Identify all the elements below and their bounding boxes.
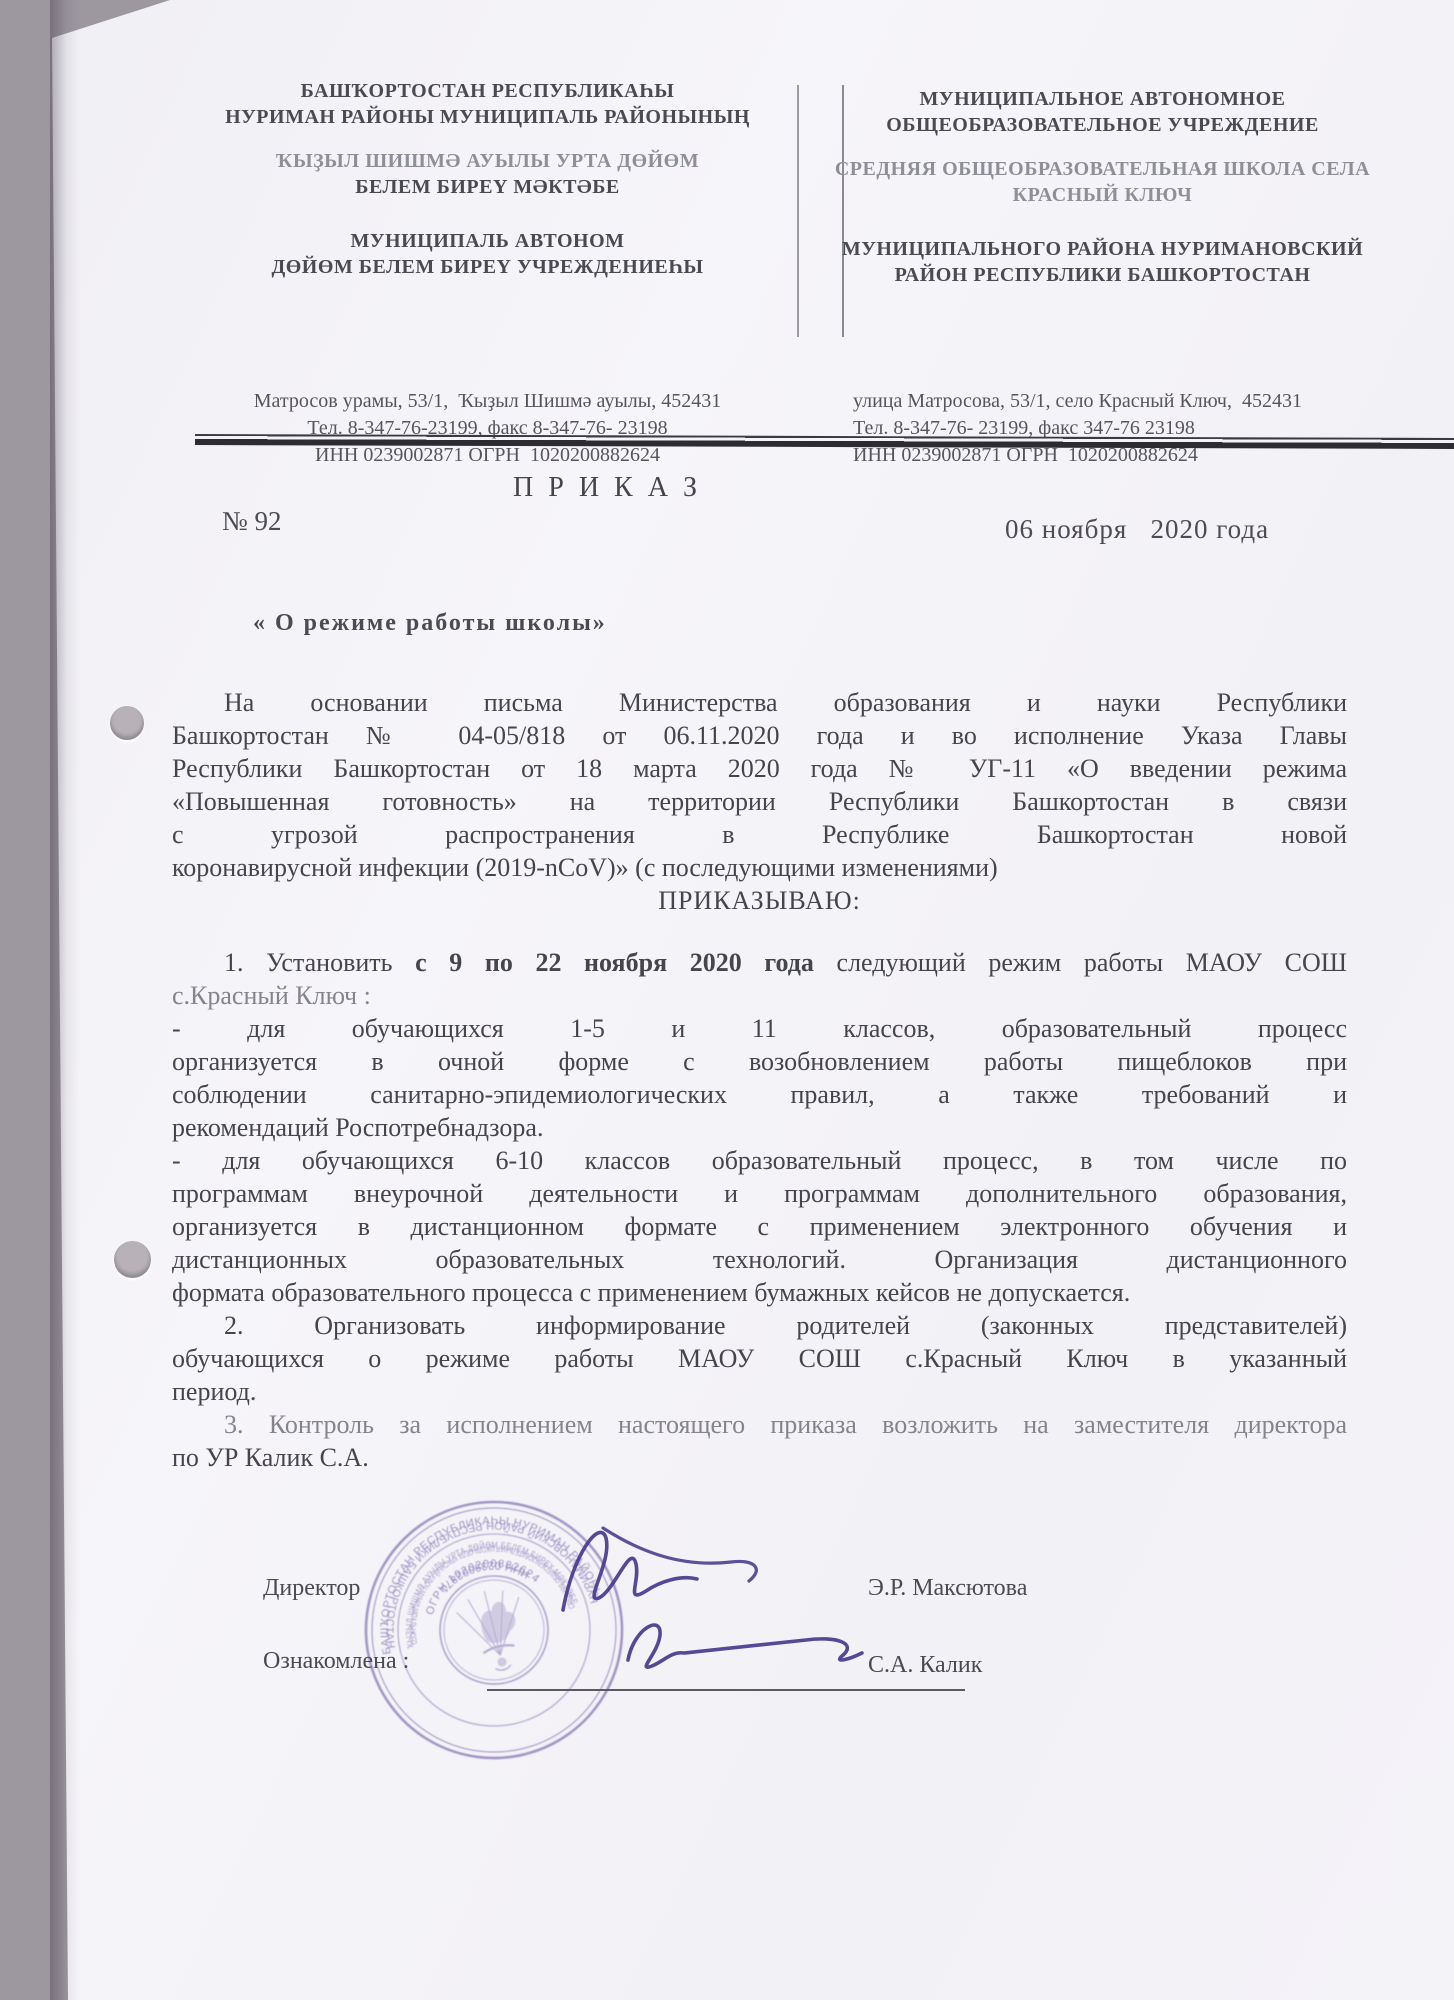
letterhead-line: ОБЩЕОБРАЗОВАТЕЛЬНОЕ УЧРЕЖДЕНИЕ	[825, 112, 1380, 138]
body-line: 3. Контроль за исполнением настоящего пр…	[172, 1408, 1347, 1441]
acknowledged-name: С.А. Калик	[868, 1652, 982, 1679]
body-line: 2. Организовать информирование родителей…	[172, 1309, 1347, 1342]
paper-left-edge-shadow	[50, 0, 80, 2000]
letterhead-line: КРАСНЫЙ КЛЮЧ	[825, 182, 1380, 208]
body-line: дистанционных образовательных технологий…	[172, 1243, 1347, 1276]
order-number: № 92	[222, 506, 282, 537]
body-line: организуется в дистанционном формате с п…	[172, 1210, 1347, 1243]
hole-punch-top	[110, 706, 144, 740]
letterhead-line: РАЙОН РЕСПУБЛИКИ БАШКОРТОСТАН	[825, 262, 1380, 288]
letterhead-line: НУРИМАН РАЙОНЫ МУНИЦИПАЛЬ РАЙОНЫНЫҢ	[225, 104, 750, 130]
address-line: Матросов урамы, 53/1, Ҡыҙыл Шишмә ауылы,…	[225, 388, 750, 415]
body-line: рекомендаций Роспотребнадзора.	[172, 1111, 1347, 1144]
body-line: - для обучающихся 1-5 и 11 классов, обра…	[172, 1012, 1347, 1045]
letterhead-line: БАШҠОРТОСТАН РЕСПУБЛИКАҺЫ	[225, 78, 750, 104]
body-line: обучающихся о режиме работы МАОУ СОШ с.К…	[172, 1342, 1347, 1375]
letterhead-line: ҠЫҘЫЛ ШИШМӘ АУЫЛЫ УРТА ДӨЙӨМ	[225, 148, 750, 174]
body-line: организуется в очной форме с возобновлен…	[172, 1045, 1347, 1078]
letterhead-line: БЕЛЕМ БИРЕҮ МӘКТӘБЕ	[225, 174, 750, 200]
body-line: Республики Башкортостан от 18 марта 2020…	[172, 752, 1347, 785]
order-date: 06 ноября 2020 года	[1005, 514, 1269, 545]
body-line: программам внеурочной деятельности и про…	[172, 1177, 1347, 1210]
body-line: 1. Установить с 9 по 22 ноября 2020 года…	[172, 946, 1347, 979]
letterhead-line: СРЕДНЯЯ ОБЩЕОБРАЗОВАТЕЛЬНАЯ ШКОЛА СЕЛА	[825, 156, 1380, 182]
letterhead-line: ДӨЙӨМ БЕЛЕМ БИРЕҮ УЧРЕЖДЕНИЕҺЫ	[225, 254, 750, 280]
director-label: Директор	[263, 1575, 360, 1602]
body-line: - для обучающихся 6-10 классов образоват…	[172, 1144, 1347, 1177]
body-line: формата образовательного процесса с прим…	[172, 1276, 1347, 1309]
letterhead-line: МУНИЦИПАЛЬ АВТОНОМ	[225, 228, 750, 254]
body-line: коронавирусной инфекции (2019-nCoV)» (с …	[172, 851, 1347, 884]
letterhead-right-russian: МУНИЦИПАЛЬНОЕ АВТОНОМНОЕОБЩЕОБРАЗОВАТЕЛЬ…	[825, 86, 1380, 288]
body-line: «Повышенная готовность» на территории Ре…	[172, 785, 1347, 818]
body-line: соблюдении санитарно-эпидемиологических …	[172, 1078, 1347, 1111]
letterhead-line: МУНИЦИПАЛЬНОГО РАЙОНА НУРИМАНОВСКИЙ	[825, 236, 1380, 262]
order-subject: « О режиме работы школы»	[253, 610, 607, 637]
director-name: Э.Р. Максютова	[868, 1575, 1027, 1602]
body-line: по УР Калик С.А.	[172, 1441, 1347, 1474]
scanned-order-page: БАШҠОРТОСТАН РЕСПУБЛИКАҺЫНУРИМАН РАЙОНЫ …	[0, 0, 1454, 2000]
body-line: На основании письма Министерства образов…	[172, 686, 1347, 719]
acknowledged-label: Ознакомлена :	[263, 1648, 409, 1675]
acknowledged-signature	[600, 1602, 900, 1697]
body-line: с угрозой распространения в Республике Б…	[172, 818, 1347, 851]
signature-line	[487, 1689, 965, 1691]
body-line: ПРИКАЗЫВАЮ:	[172, 884, 1347, 917]
letterhead-left-bashkir: БАШҠОРТОСТАН РЕСПУБЛИКАҺЫНУРИМАН РАЙОНЫ …	[225, 78, 750, 280]
letterhead-line: МУНИЦИПАЛЬНОЕ АВТОНОМНОЕ	[825, 86, 1380, 112]
stamp-coat-of-arms	[453, 1583, 535, 1677]
hole-punch-bottom	[114, 1241, 151, 1278]
body-line: с.Красный Ключ :	[172, 979, 1347, 1012]
body-line: период.	[172, 1375, 1347, 1408]
address-line: улица Матросова, 53/1, село Красный Ключ…	[853, 388, 1373, 415]
order-title: П Р И К А З	[172, 472, 1042, 504]
order-body: На основании письма Министерства образов…	[172, 686, 1347, 1474]
body-line: Башкортостан № 04-05/818 от 06.11.2020 г…	[172, 719, 1347, 752]
